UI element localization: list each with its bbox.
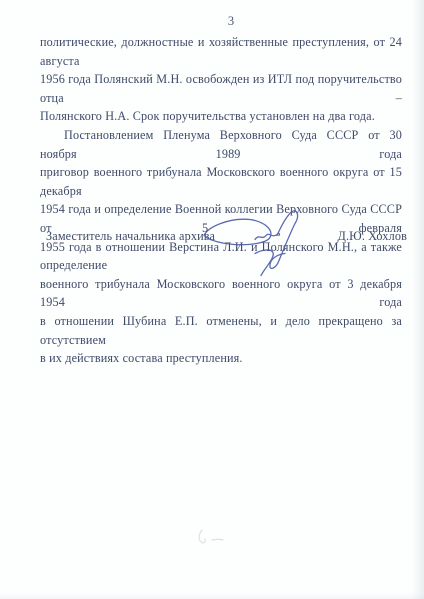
scan-edge-shadow-right	[412, 0, 424, 599]
text-line: в их действиях состава преступления.	[40, 349, 402, 368]
text-line: Полянского Н.А. Срок поручительства уста…	[40, 107, 402, 126]
document-page: 3 политические, должностные и хозяйствен…	[0, 0, 424, 599]
page-number: 3	[40, 14, 422, 29]
text-line: 1956 года Полянский М.Н. освобожден из И…	[40, 70, 402, 107]
scan-edge-shadow-bottom	[0, 593, 424, 599]
paragraph-1: политические, должностные и хозяйственны…	[40, 33, 402, 126]
handwritten-signature-icon	[200, 203, 315, 281]
signer-name: Д.Ю. Хохлов	[338, 229, 407, 244]
document-body: политические, должностные и хозяйственны…	[40, 33, 402, 368]
text-line: в отношении Шубина Е.П. отменены, и дело…	[40, 312, 402, 349]
text-line: приговор военного трибунала Московского …	[40, 163, 402, 200]
faint-pencil-mark	[188, 522, 250, 552]
text-line: Постановлением Пленума Верховного Суда С…	[40, 126, 402, 163]
text-line: политические, должностные и хозяйственны…	[40, 33, 402, 70]
signer-title: Заместитель начальника архива	[46, 229, 215, 244]
